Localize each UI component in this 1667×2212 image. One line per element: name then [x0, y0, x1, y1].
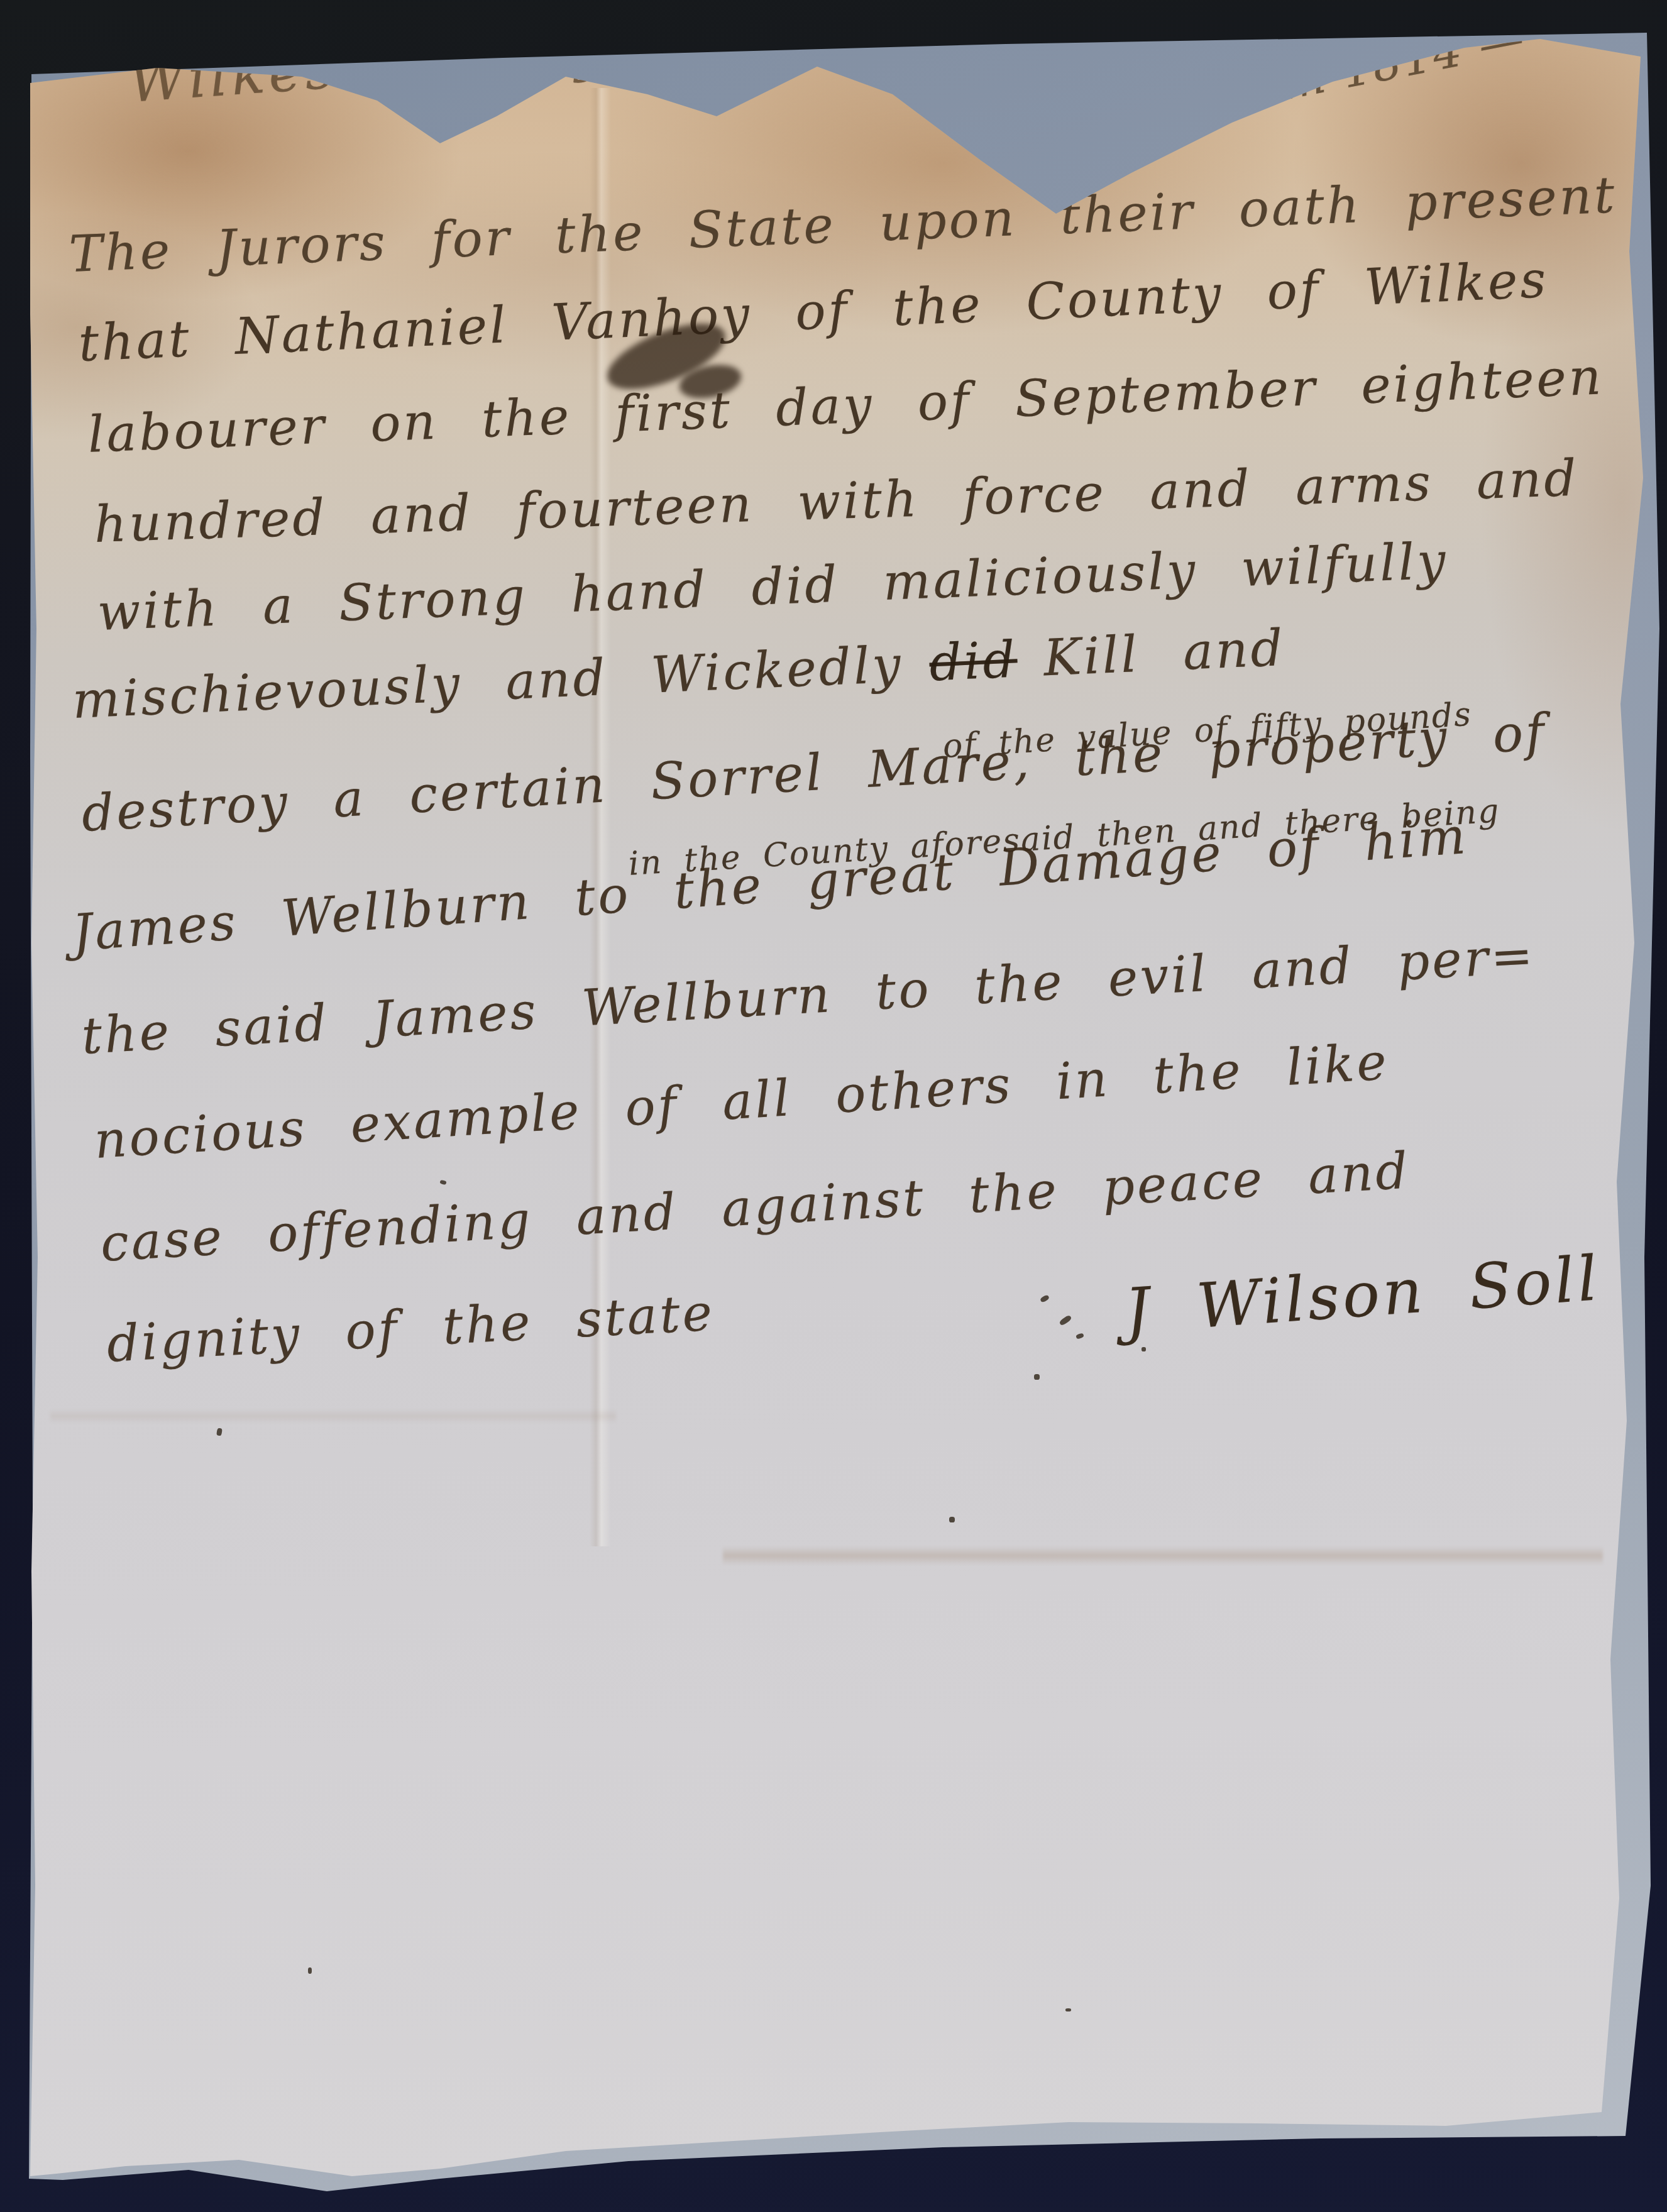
manuscript-line-3: labourer on the first day of September e… — [87, 347, 1605, 464]
ink-speck — [308, 1967, 312, 1974]
ink-speck — [1034, 1374, 1040, 1380]
manuscript-page: Wilkes County m 1814 — The Jurors for th… — [0, 0, 1667, 2212]
struck-word-did: did — [928, 630, 1018, 692]
manuscript-line-11: case offending and against the peace and — [99, 1142, 1411, 1273]
ink-speck — [1142, 1347, 1146, 1351]
ink-speck — [1065, 2008, 1071, 2011]
ink-speck — [1059, 1314, 1072, 1326]
line-6-text-after: Kill and — [1042, 619, 1286, 688]
ink-speck — [1076, 1333, 1084, 1340]
line-6-text: mischievously and Wickedly — [71, 635, 905, 730]
ink-speck — [1040, 1294, 1050, 1303]
ink-speck — [216, 1428, 223, 1436]
photograph-of-document: Wilkes County m 1814 — The Jurors for th… — [0, 0, 1667, 2212]
horizontal-crease-faint — [50, 1409, 616, 1423]
ink-speck — [439, 1180, 446, 1185]
ink-speck — [949, 1517, 955, 1522]
manuscript-line-12: dignity of the state — [106, 1283, 716, 1373]
signature-solicitor: J Wilson Soll — [1123, 1243, 1603, 1348]
horizontal-crease — [723, 1546, 1603, 1565]
